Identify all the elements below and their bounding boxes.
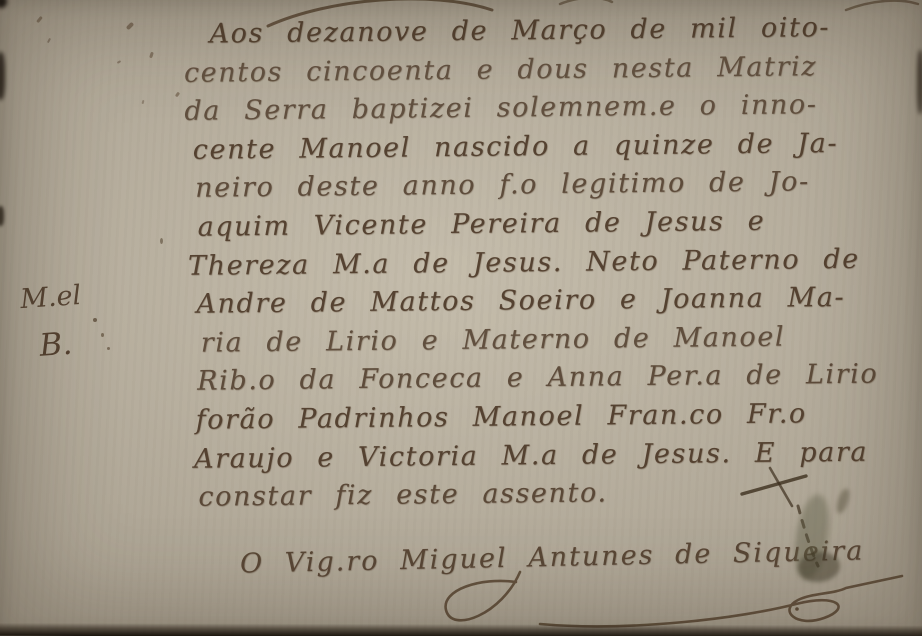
paper-speck xyxy=(47,38,51,43)
manuscript-line: constar fiz este assento. xyxy=(188,471,918,517)
page-edge-left-mark xyxy=(0,206,4,226)
manuscript-page: Aos dezanove de Março de mil oito- cento… xyxy=(0,0,922,636)
paper-speck xyxy=(149,52,154,59)
ink-dot xyxy=(160,238,163,244)
margin-note-letter: B. xyxy=(38,325,85,364)
paper-speck xyxy=(117,60,121,64)
paper-speck xyxy=(126,22,134,30)
page-edge-left-mark xyxy=(0,52,5,100)
ink-dot xyxy=(107,347,110,350)
ink-dot xyxy=(93,318,97,322)
margin-note: M.el B. xyxy=(19,280,85,365)
paper-speck xyxy=(36,16,43,23)
paper-speck xyxy=(142,100,145,104)
page-corner-shadow xyxy=(0,0,7,8)
record-text: Aos dezanove de Março de mil oito- cento… xyxy=(183,8,918,517)
paper-speck xyxy=(175,92,180,98)
margin-note-initials: M.el xyxy=(19,280,82,315)
page-bottom-edge xyxy=(0,623,922,636)
page-edge-right-mark xyxy=(917,50,922,114)
ink-dot xyxy=(101,333,104,337)
priest-signature: O Vig.ro Miguel Antunes de Siqueira xyxy=(240,535,865,579)
